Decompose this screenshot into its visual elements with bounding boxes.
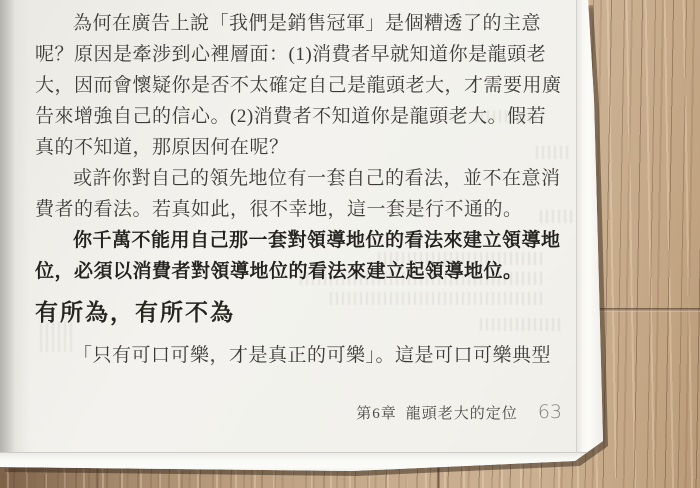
text-line: 真的不知道，那原因何在呢？ bbox=[35, 132, 562, 163]
text-line: 大，因而會懷疑你是否不太確定自己是龍頭老大，才需要用廣 bbox=[35, 70, 562, 101]
book-gutter-shading bbox=[0, 0, 30, 488]
text-line: 告來增強自己的信心。(2)消費者不知道你是龍頭老大。假若 bbox=[35, 101, 562, 132]
text-line: 或許你對自己的領先地位有一套自己的看法，並不在意消 bbox=[35, 163, 562, 194]
paragraph-4: 「只有可口可樂，才是真正的可樂」。這是可口可樂典型 bbox=[35, 340, 562, 371]
page-number: 63 bbox=[538, 401, 562, 423]
text-line: 「只有可口可樂，才是真正的可樂」。這是可口可樂典型 bbox=[35, 340, 562, 371]
page-footer: 第6章龍頭老大的定位63 bbox=[35, 401, 562, 423]
text-line: 費者的看法。若真如此，很不幸地，這一套是行不通的。 bbox=[35, 194, 562, 225]
text-line: 位，必須以消費者對領導地位的看法來建立起領導地位。 bbox=[35, 256, 562, 287]
page-body-text: 為何在廣告上說「我們是銷售冠軍」是個糟透了的主意 呢？原因是牽涉到心裡層面：(1… bbox=[35, 8, 562, 371]
paragraph-2: 或許你對自己的領先地位有一套自己的看法，並不在意消 費者的看法。若真如此，很不幸… bbox=[35, 163, 562, 225]
paragraph-1: 為何在廣告上說「我們是銷售冠軍」是個糟透了的主意 呢？原因是牽涉到心裡層面：(1… bbox=[35, 8, 562, 163]
book-photo-scene: 為何在廣告上說「我們是銷售冠軍」是個糟透了的主意 呢？原因是牽涉到心裡層面：(1… bbox=[0, 0, 700, 488]
text-line: 呢？原因是牽涉到心裡層面：(1)消費者早就知道你是龍頭老 bbox=[35, 39, 562, 70]
paragraph-3-emphasized: 你千萬不能用自己那一套對領導地位的看法來建立領導地 位，必須以消費者對領導地位的… bbox=[35, 225, 562, 287]
chapter-title: 龍頭老大的定位 bbox=[406, 406, 518, 422]
text-line: 你千萬不能用自己那一套對領導地位的看法來建立領導地 bbox=[35, 225, 562, 256]
text-line: 為何在廣告上說「我們是銷售冠軍」是個糟透了的主意 bbox=[35, 8, 562, 39]
section-heading: 有所為，有所不為 bbox=[35, 295, 562, 331]
chapter-label: 第6章 bbox=[356, 406, 397, 422]
